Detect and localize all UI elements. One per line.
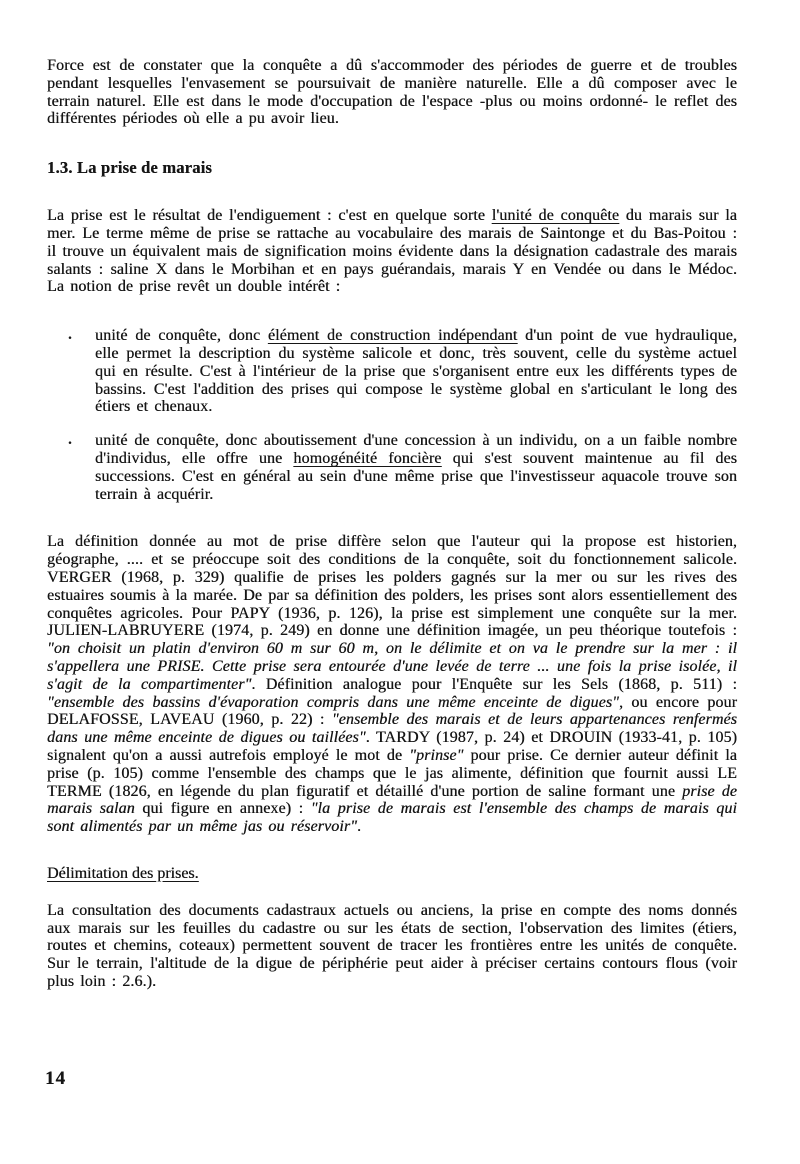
text-segment: La prise est le résultat de l'endiguemen…: [47, 207, 492, 224]
delimitation-paragraph: La consultation des documents cadastraux…: [47, 902, 737, 991]
list-item-fonciere: . unité de conquête, donc aboutissement …: [47, 432, 737, 503]
bullet-marker: .: [68, 326, 72, 344]
page-number: 14: [45, 1068, 66, 1090]
intro-paragraph: Force est de constater que la conquête a…: [47, 57, 737, 128]
bullet-text: unité de conquête, donc aboutissement d'…: [95, 432, 737, 503]
delimitation-heading: Délimitation des prises.: [47, 865, 737, 883]
text-segment: .: [357, 818, 361, 835]
prise-definition-paragraph: La prise est le résultat de l'endiguemen…: [47, 207, 737, 296]
definitions-paragraph: La définition donnée au mot de prise dif…: [47, 533, 737, 836]
text-segment: qui figure en annexe) :: [135, 800, 311, 817]
italic-quote: "prinse": [409, 747, 463, 764]
bullet-text: unité de conquête, donc élément de const…: [95, 327, 737, 416]
underlined-phrase: l'unité de conquête: [492, 207, 619, 224]
text-segment: La définition donnée au mot de prise dif…: [47, 533, 737, 639]
prise-interest-list: . unité de conquête, donc élément de con…: [47, 327, 737, 503]
bullet-marker: .: [68, 431, 72, 449]
underlined-phrase: homogénéité foncière: [293, 450, 441, 467]
scanned-document-page: Force est de constater que la conquête a…: [0, 0, 800, 1164]
italic-quote: "ensemble des bassins d'évaporation comp…: [47, 694, 619, 711]
underlined-phrase: élément de construction indépendant: [268, 327, 517, 344]
text-segment: . Définition analogue pour l'Enquête sur…: [251, 676, 737, 693]
text-segment: unité de conquête, donc: [95, 327, 268, 344]
text-column: Force est de constater que la conquête a…: [47, 57, 737, 991]
section-heading: 1.3. La prise de marais: [47, 158, 737, 178]
list-item-hydraulique: . unité de conquête, donc élément de con…: [47, 327, 737, 416]
